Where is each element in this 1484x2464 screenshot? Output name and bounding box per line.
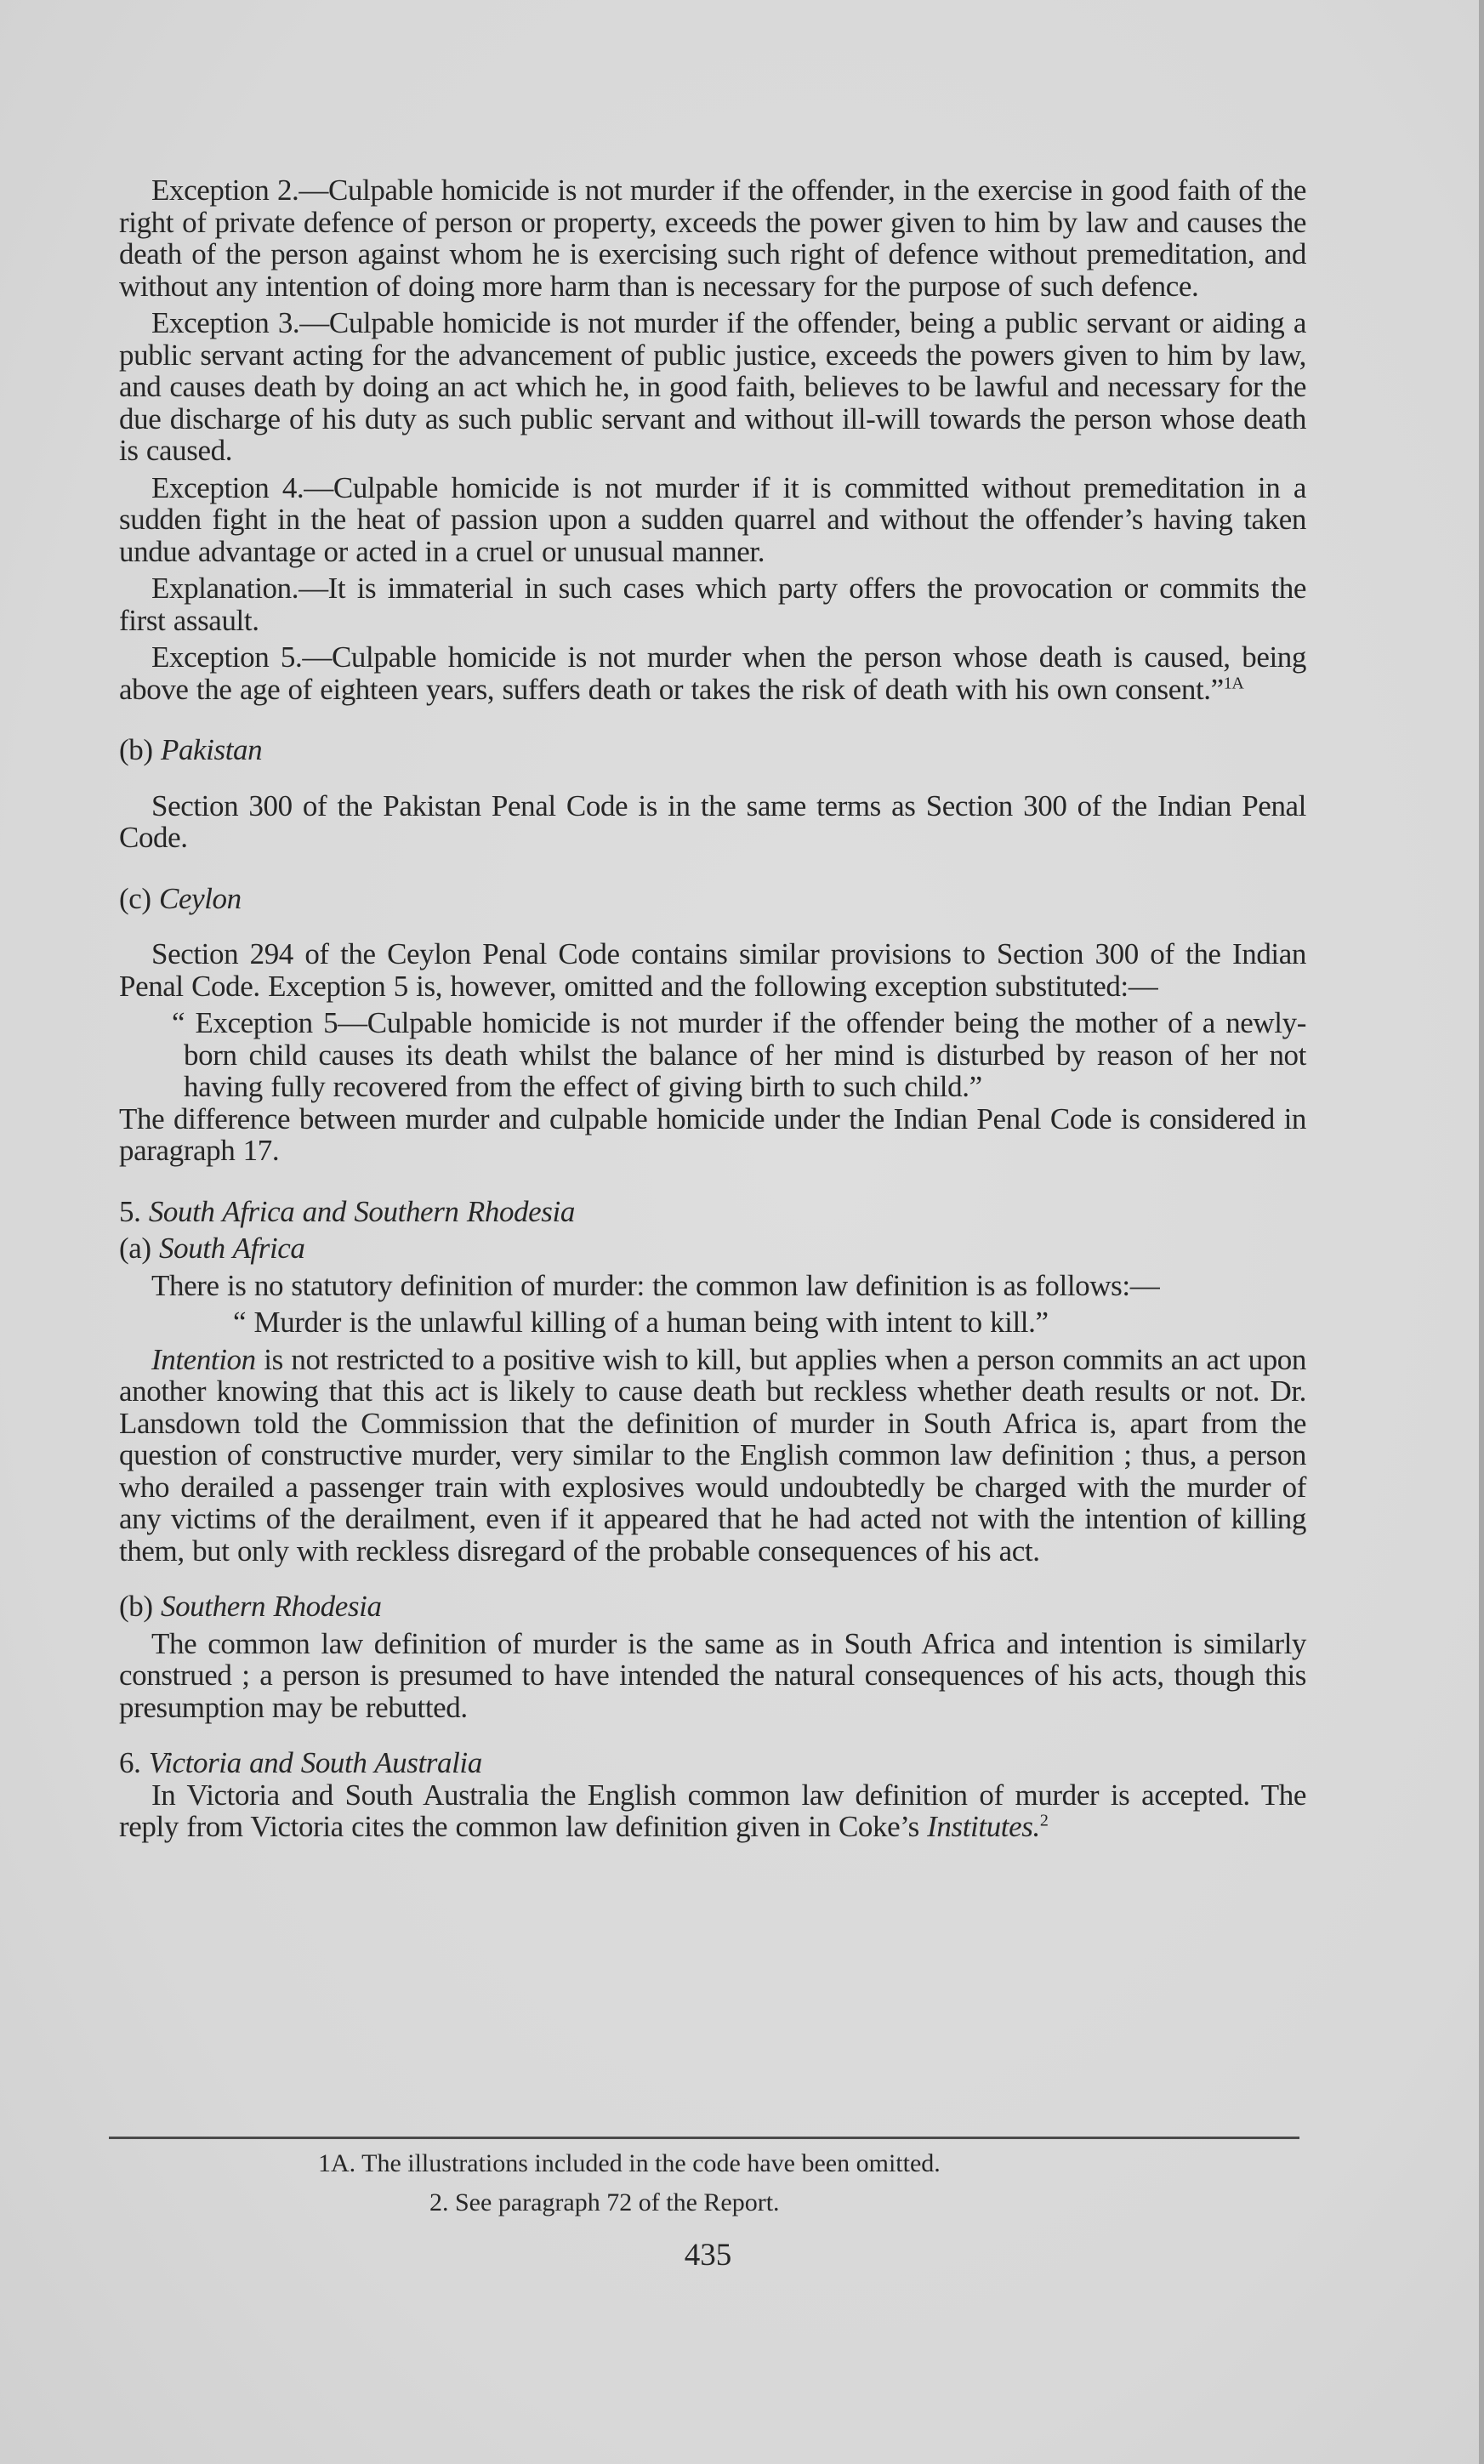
- south-africa-intro: There is no statutory definition of murd…: [119, 1270, 1306, 1302]
- heading-label: Victoria and South Australia: [149, 1746, 482, 1779]
- footnote-ref-2: 2: [1040, 1811, 1049, 1830]
- exception-2-paragraph: Exception 2.—Culpable homicide is not mu…: [119, 174, 1306, 302]
- footnote-1a: 1A. The illustrations included in the co…: [0, 2149, 1484, 2178]
- body-text-column: Exception 2.—Culpable homicide is not mu…: [119, 174, 1306, 1843]
- exception-4-paragraph: Exception 4.—Culpable homicide is not mu…: [119, 472, 1306, 568]
- heading-number: 6.: [119, 1746, 149, 1779]
- page-edge-shadow: [1479, 0, 1484, 2464]
- heading-ceylon: (c) Ceylon: [119, 883, 1306, 915]
- exception-3-paragraph: Exception 3.—Culpable homicide is not mu…: [119, 307, 1306, 467]
- ceylon-quote: “ Exception 5—Culpable homicide is not m…: [119, 1007, 1306, 1103]
- intention-word: Intention: [151, 1343, 256, 1376]
- pakistan-paragraph: Section 300 of the Pakistan Penal Code i…: [119, 790, 1306, 854]
- heading-pakistan: (b) Pakistan: [119, 734, 1306, 766]
- institutes-ref: Institutes.: [927, 1810, 1040, 1843]
- footnote-divider: [109, 2137, 1299, 2139]
- footnote-2: 2. See paragraph 72 of the Report.: [0, 2188, 1484, 2217]
- page-number-text: 435: [685, 2238, 732, 2273]
- heading-prefix: (b): [119, 733, 161, 766]
- victoria-text: In Victoria and South Australia the Engl…: [119, 1778, 1306, 1844]
- scanned-page: Exception 2.—Culpable homicide is not mu…: [0, 0, 1484, 2464]
- explanation-paragraph: Explanation.—It is immaterial in such ca…: [119, 572, 1306, 636]
- ceylon-paragraph: Section 294 of the Ceylon Penal Code con…: [119, 938, 1306, 1002]
- heading-section-5: 5. South Africa and Southern Rhodesia: [119, 1196, 1306, 1228]
- heading-label: Southern Rhodesia: [161, 1590, 382, 1623]
- page-number: 435: [0, 2237, 1484, 2273]
- heading-prefix: (a): [119, 1232, 159, 1265]
- exception-5-text: Exception 5.—Culpable homicide is not mu…: [119, 640, 1306, 706]
- intention-text: is not restricted to a positive wish to …: [119, 1343, 1306, 1568]
- footnote-ref-1a: 1A: [1224, 674, 1244, 692]
- heading-number: 5.: [119, 1195, 149, 1228]
- heading-section-6: 6. Victoria and South Australia: [119, 1747, 1306, 1779]
- victoria-paragraph: In Victoria and South Australia the Engl…: [119, 1779, 1306, 1843]
- south-africa-quote: “ Murder is the unlawful killing of a hu…: [119, 1306, 1306, 1339]
- heading-prefix: (b): [119, 1590, 161, 1623]
- heading-label: South Africa: [159, 1232, 305, 1265]
- heading-south-africa: (a) South Africa: [119, 1232, 1306, 1265]
- heading-prefix: (c): [119, 882, 159, 915]
- exception-5-paragraph: Exception 5.—Culpable homicide is not mu…: [119, 641, 1306, 705]
- heading-southern-rhodesia: (b) Southern Rhodesia: [119, 1591, 1306, 1623]
- intention-paragraph: Intention is not restricted to a positiv…: [119, 1344, 1306, 1568]
- heading-label: Ceylon: [159, 882, 242, 915]
- southern-rhodesia-paragraph: The common law definition of murder is t…: [119, 1628, 1306, 1724]
- heading-label: South Africa and Southern Rhodesia: [149, 1195, 575, 1228]
- difference-paragraph: The difference between murder and culpab…: [119, 1103, 1306, 1167]
- heading-label: Pakistan: [161, 733, 262, 766]
